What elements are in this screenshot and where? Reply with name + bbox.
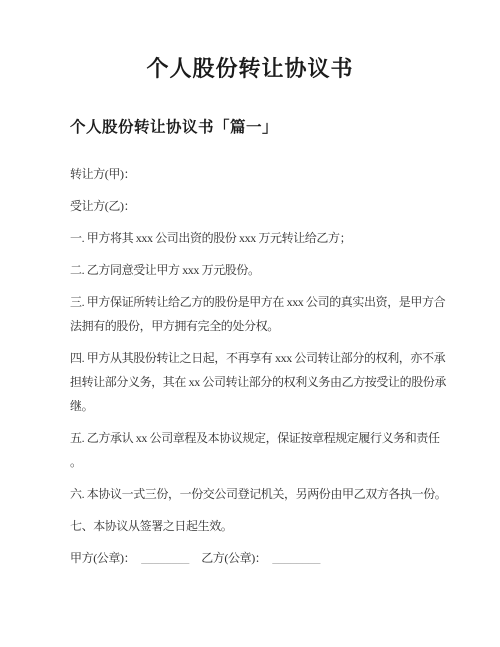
document-body: 转让方(甲)：受让方(乙)：一. 甲方将其 xxx 公司出资的股份 xxx 万元…: [70, 162, 460, 538]
paragraph-line: 受让方(乙)：: [70, 194, 460, 218]
paragraph-line: 法拥有的股份，甲方拥有完全的处分权。: [70, 314, 460, 338]
paragraph-line: 转让方(甲)：: [70, 162, 460, 186]
paragraph: 四. 甲方从其股份转让之日起，不再享有 xxx 公司转让部分的权利，亦不承担转让…: [70, 346, 460, 418]
paragraph-line: 五. 乙方承认 xx 公司章程及本协议规定，保证按章程规定履行义务和责任: [70, 426, 460, 450]
section-heading: 个人股份转让协议书「篇一」: [70, 118, 500, 138]
document-page: 个人股份转让协议书 个人股份转让协议书「篇一」 转让方(甲)：受让方(乙)：一.…: [0, 0, 500, 647]
paragraph: 五. 乙方承认 xx 公司章程及本协议规定，保证按章程规定履行义务和责任。: [70, 426, 460, 474]
paragraph-line: 一. 甲方将其 xxx 公司出资的股份 xxx 万元转让给乙方；: [70, 226, 460, 250]
paragraph: 七、本协议从签署之日起生效。: [70, 514, 460, 538]
paragraph: 三. 甲方保证所转让给乙方的股份是甲方在 xxx 公司的真实出资，是甲方合法拥有…: [70, 290, 460, 338]
paragraph-line: 六. 本协议一式三份，一份交公司登记机关，另两份由甲乙双方各执一份。: [70, 482, 460, 506]
paragraph: 受让方(乙)：: [70, 194, 460, 218]
signature-line: 甲方(公章)：________乙方(公章)：________: [70, 546, 500, 570]
paragraph: 六. 本协议一式三份，一份交公司登记机关，另两份由甲乙双方各执一份。: [70, 482, 460, 506]
paragraph: 转让方(甲)：: [70, 162, 460, 186]
paragraph-line: 七、本协议从签署之日起生效。: [70, 514, 460, 538]
paragraph: 一. 甲方将其 xxx 公司出资的股份 xxx 万元转让给乙方；: [70, 226, 460, 250]
paragraph-line: 二. 乙方同意受让甲方 xxx 万元股份。: [70, 258, 460, 282]
document-title: 个人股份转让协议书: [0, 55, 500, 83]
paragraph-line: 四. 甲方从其股份转让之日起，不再享有 xxx 公司转让部分的权利，亦不承: [70, 346, 460, 370]
party-b-label: 乙方(公章)：: [201, 551, 266, 565]
paragraph: 二. 乙方同意受让甲方 xxx 万元股份。: [70, 258, 460, 282]
paragraph-line: 继。: [70, 394, 460, 418]
party-a-label: 甲方(公章)：: [70, 551, 135, 565]
paragraph-line: 三. 甲方保证所转让给乙方的股份是甲方在 xxx 公司的真实出资，是甲方合: [70, 290, 460, 314]
paragraph-line: 担转让部分义务，其在 xx 公司转让部分的权利义务由乙方按受让的股份承: [70, 370, 460, 394]
party-b-signature-blank: ________: [272, 551, 320, 565]
party-a-signature-blank: ________: [141, 551, 189, 565]
paragraph-line: 。: [70, 450, 460, 474]
